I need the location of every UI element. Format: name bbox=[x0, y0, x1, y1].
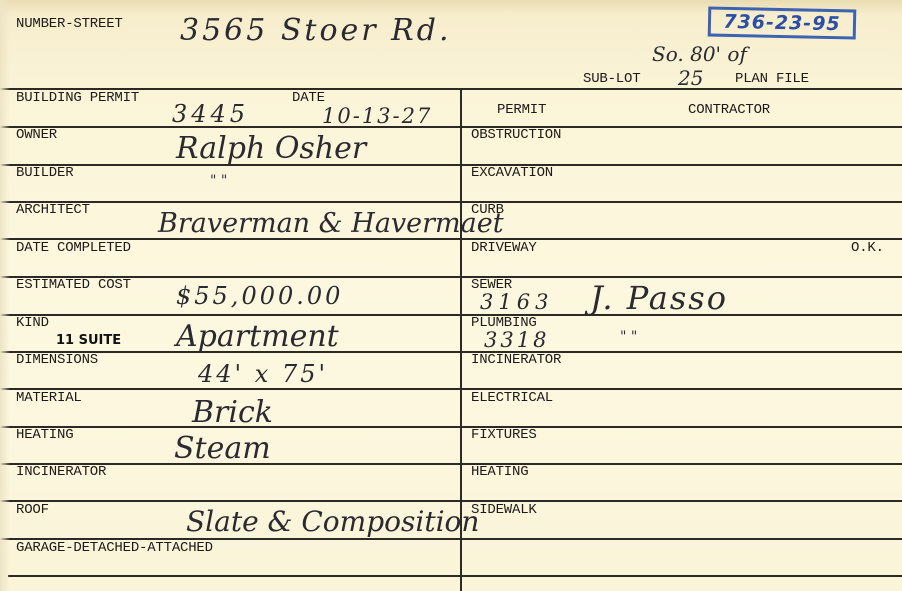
kind-label: KIND bbox=[16, 315, 49, 331]
fixtures-label: FIXTURES bbox=[471, 427, 537, 443]
sub-lot-note: So. 80' of bbox=[652, 44, 747, 64]
obstruction-label: OBSTRUCTION bbox=[471, 127, 561, 143]
architect-label: ARCHITECT bbox=[16, 202, 90, 218]
rule bbox=[0, 351, 902, 353]
builder-value: " " bbox=[210, 174, 227, 188]
file-number-stamp: 736-23-95 bbox=[708, 6, 857, 39]
plumbing-contractor-value: " " bbox=[620, 330, 637, 344]
rule bbox=[0, 463, 902, 465]
owner-label: OWNER bbox=[16, 127, 57, 143]
rule bbox=[0, 426, 902, 428]
material-label: MATERIAL bbox=[16, 390, 82, 406]
rule bbox=[0, 276, 902, 278]
kind-note: 11 SUITE bbox=[56, 333, 121, 348]
rule bbox=[0, 126, 902, 128]
date-completed-label: DATE COMPLETED bbox=[16, 240, 131, 256]
number-street-value: 3565 Stoer Rd. bbox=[180, 16, 452, 46]
architect-value: Braverman & Havermaet bbox=[158, 210, 504, 237]
owner-value: Ralph Osher bbox=[176, 134, 366, 164]
estimated-cost-value: $55,000.00 bbox=[176, 284, 343, 308]
rule bbox=[0, 500, 902, 502]
sewer-permit-value: 3163 bbox=[480, 292, 553, 313]
sub-lot-label: SUB-LOT bbox=[583, 71, 640, 87]
curb-label: CURB bbox=[471, 202, 504, 218]
building-permit-label: BUILDING PERMIT bbox=[16, 90, 139, 106]
sewer-contractor-value: J. Passo bbox=[590, 282, 728, 314]
estimated-cost-label: ESTIMATED COST bbox=[16, 277, 131, 293]
driveway-note: O.K. bbox=[851, 240, 884, 256]
plan-file-label: PLAN FILE bbox=[735, 71, 809, 87]
permit-column-header: PERMIT bbox=[497, 102, 546, 118]
sidewalk-label: SIDEWALK bbox=[471, 502, 537, 518]
rule bbox=[0, 314, 902, 316]
contractor-column-header: CONTRACTOR bbox=[688, 102, 770, 118]
driveway-label: DRIVEWAY bbox=[471, 240, 537, 256]
heating-label: HEATING bbox=[16, 427, 73, 443]
permit-date-value: 10-13-27 bbox=[322, 106, 432, 127]
rule bbox=[0, 201, 902, 203]
material-value: Brick bbox=[192, 398, 273, 428]
rule bbox=[0, 164, 902, 166]
rule bbox=[0, 388, 902, 390]
dimensions-label: DIMENSIONS bbox=[16, 352, 98, 368]
electrical-label: ELECTRICAL bbox=[471, 390, 553, 406]
incinerator-permit-label: INCINERATOR bbox=[471, 352, 561, 368]
excavation-label: EXCAVATION bbox=[471, 165, 553, 181]
heating-value: Steam bbox=[174, 434, 271, 464]
rule bbox=[8, 575, 902, 577]
plumbing-permit-value: 3318 bbox=[484, 330, 549, 351]
heating-permit-label: HEATING bbox=[471, 464, 528, 480]
incinerator-label: INCINERATOR bbox=[16, 464, 106, 480]
dimensions-value: 44' x 75' bbox=[198, 362, 328, 386]
builder-label: BUILDER bbox=[16, 165, 73, 181]
number-street-label: NUMBER-STREET bbox=[16, 16, 123, 32]
kind-value: Apartment bbox=[176, 322, 339, 352]
garage-label: GARAGE-DETACHED-ATTACHED bbox=[16, 540, 213, 556]
roof-value: Slate & Composition bbox=[186, 508, 479, 536]
date-label: DATE bbox=[292, 90, 325, 106]
permit-card: NUMBER-STREET 3565 Stoer Rd. 736-23-95 S… bbox=[0, 0, 902, 591]
roof-label: ROOF bbox=[16, 502, 49, 518]
sub-lot-value: 25 bbox=[678, 68, 703, 88]
building-permit-value: 3445 bbox=[172, 102, 249, 126]
